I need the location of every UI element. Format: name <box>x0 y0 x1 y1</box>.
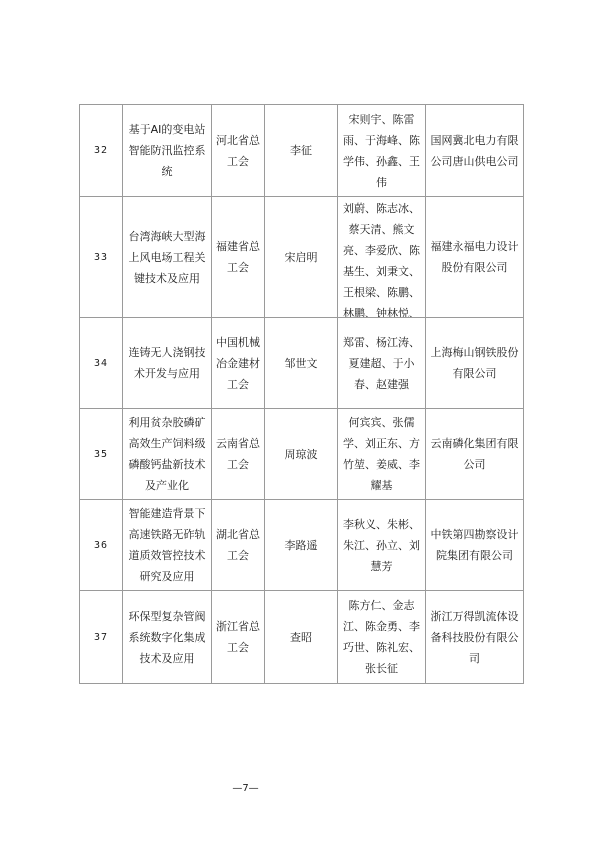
company-cell: 福建永福电力设计股份有限公司 <box>426 197 524 318</box>
members-cell: 宋则宇、陈雷雨、于海峰、陈学伟、孙鑫、王伟 <box>338 105 426 197</box>
table-row: 35 利用贫杂胶磷矿高效生产饲料级磷酸钙盐新技术及产业化 云南省总工会 周琼波 … <box>80 409 524 500</box>
team-members: 陈方仁、金志江、陈金勇、李巧世、陈礼宏、张长征 <box>343 595 421 679</box>
project-title: 基于AI的变电站智能防汛监控系统 <box>127 119 207 182</box>
nominating-org-cell: 中国机械冶金建材工会 <box>212 318 265 409</box>
nominating-org: 福建省总工会 <box>216 236 260 278</box>
project-title-cell: 连铸无人浇钢技术开发与应用 <box>123 318 212 409</box>
members-cell: 何宾宾、张儒学、刘正东、方竹堃、姜威、李耀基 <box>338 409 426 500</box>
company-name: 浙江万得凯流体设备科技股份有限公司 <box>431 606 519 669</box>
project-title: 台湾海峡大型海上风电场工程关键技术及应用 <box>127 226 207 289</box>
row-number: 37 <box>80 591 123 684</box>
company-name: 福建永福电力设计股份有限公司 <box>431 236 519 278</box>
team-members: 宋则宇、陈雷雨、于海峰、陈学伟、孙鑫、王伟 <box>343 109 421 193</box>
members-cell: 郑雷、杨江涛、夏建超、于小春、赵建强 <box>338 318 426 409</box>
project-title: 智能建造背景下高速铁路无砟轨道质效管控技术研究及应用 <box>127 503 207 587</box>
lead-person: 宋启明 <box>265 197 338 318</box>
project-title-cell: 智能建造背景下高速铁路无砟轨道质效管控技术研究及应用 <box>123 500 212 591</box>
nominating-org-cell: 云南省总工会 <box>212 409 265 500</box>
lead-person: 李征 <box>265 105 338 197</box>
row-number: 36 <box>80 500 123 591</box>
table-row: 36 智能建造背景下高速铁路无砟轨道质效管控技术研究及应用 湖北省总工会 李路遥… <box>80 500 524 591</box>
members-cell: 陈方仁、金志江、陈金勇、李巧世、陈礼宏、张长征 <box>338 591 426 684</box>
nominating-org-cell: 湖北省总工会 <box>212 500 265 591</box>
nominating-org: 浙江省总工会 <box>216 616 260 658</box>
lead-person: 邹世文 <box>265 318 338 409</box>
members-cell: 刘蔚、陈志冰、蔡天清、熊文亮、李爱欣、陈基生、刘秉文、王根梁、陈鹏、林鹏、钟林悦… <box>338 197 426 318</box>
nominating-org-cell: 河北省总工会 <box>212 105 265 197</box>
company-name: 中铁第四勘察设计院集团有限公司 <box>431 524 519 566</box>
row-number: 33 <box>80 197 123 318</box>
company-cell: 中铁第四勘察设计院集团有限公司 <box>426 500 524 591</box>
company-cell: 上海梅山钢铁股份有限公司 <box>426 318 524 409</box>
project-title-cell: 环保型复杂管阀系统数字化集成技术及应用 <box>123 591 212 684</box>
company-name: 上海梅山钢铁股份有限公司 <box>431 342 519 384</box>
project-title: 环保型复杂管阀系统数字化集成技术及应用 <box>127 606 207 669</box>
row-number: 34 <box>80 318 123 409</box>
table-row: 34 连铸无人浇钢技术开发与应用 中国机械冶金建材工会 邹世文 郑雷、杨江涛、夏… <box>80 318 524 409</box>
company-name: 云南磷化集团有限公司 <box>431 433 519 475</box>
team-members: 李秋义、朱彬、朱江、孙立、刘慧芳 <box>343 514 421 577</box>
awards-table: 32 基于AI的变电站智能防汛监控系统 河北省总工会 李征 宋则宇、陈雷雨、于海… <box>79 104 524 684</box>
lead-person: 李路遥 <box>265 500 338 591</box>
table-row: 37 环保型复杂管阀系统数字化集成技术及应用 浙江省总工会 查昭 陈方仁、金志江… <box>80 591 524 684</box>
company-cell: 国网冀北电力有限公司唐山供电公司 <box>426 105 524 197</box>
row-number: 35 <box>80 409 123 500</box>
company-cell: 云南磷化集团有限公司 <box>426 409 524 500</box>
row-number: 32 <box>80 105 123 197</box>
team-members: 刘蔚、陈志冰、蔡天清、熊文亮、李爱欣、陈基生、刘秉文、王根梁、陈鹏、林鹏、钟林悦… <box>343 198 421 317</box>
nominating-org-cell: 浙江省总工会 <box>212 591 265 684</box>
nominating-org: 云南省总工会 <box>216 433 260 475</box>
lead-person: 周琼波 <box>265 409 338 500</box>
project-title: 利用贫杂胶磷矿高效生产饲料级磷酸钙盐新技术及产业化 <box>127 412 207 496</box>
table-row: 32 基于AI的变电站智能防汛监控系统 河北省总工会 李征 宋则宇、陈雷雨、于海… <box>80 105 524 197</box>
table-row: 33 台湾海峡大型海上风电场工程关键技术及应用 福建省总工会 宋启明 刘蔚、陈志… <box>80 197 524 318</box>
project-title-cell: 利用贫杂胶磷矿高效生产饲料级磷酸钙盐新技术及产业化 <box>123 409 212 500</box>
members-cell: 李秋义、朱彬、朱江、孙立、刘慧芳 <box>338 500 426 591</box>
nominating-org-cell: 福建省总工会 <box>212 197 265 318</box>
nominating-org: 河北省总工会 <box>216 130 260 172</box>
project-title-cell: 基于AI的变电站智能防汛监控系统 <box>123 105 212 197</box>
company-name: 国网冀北电力有限公司唐山供电公司 <box>431 130 519 172</box>
nominating-org: 中国机械冶金建材工会 <box>216 332 260 395</box>
project-title-cell: 台湾海峡大型海上风电场工程关键技术及应用 <box>123 197 212 318</box>
company-cell: 浙江万得凯流体设备科技股份有限公司 <box>426 591 524 684</box>
team-members: 何宾宾、张儒学、刘正东、方竹堃、姜威、李耀基 <box>343 412 421 496</box>
lead-person: 查昭 <box>265 591 338 684</box>
project-title: 连铸无人浇钢技术开发与应用 <box>127 342 207 384</box>
nominating-org: 湖北省总工会 <box>216 524 260 566</box>
page-number: —7— <box>0 783 543 794</box>
team-members: 郑雷、杨江涛、夏建超、于小春、赵建强 <box>343 332 421 395</box>
